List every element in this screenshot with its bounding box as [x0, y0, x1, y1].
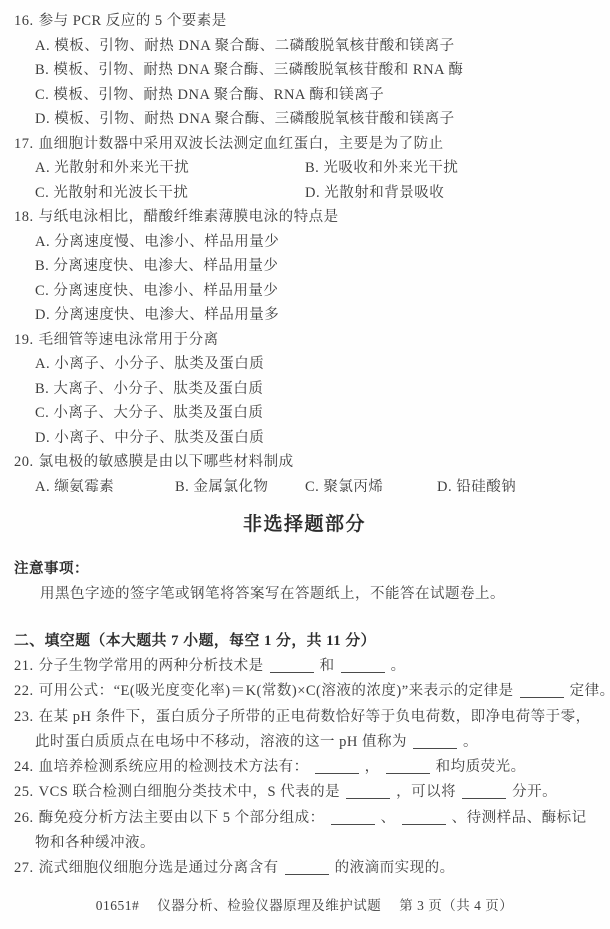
fill-blank: [520, 685, 564, 698]
question-17-option-d: D. 光散射和背景吸收: [305, 185, 444, 201]
notes-title: 注意事项：: [14, 557, 595, 582]
question-text: 、: [381, 810, 396, 826]
question-text: 和均质荧光。: [436, 759, 526, 775]
question-number: 18.: [14, 209, 34, 225]
fill-section: 21.分子生物学常用的两种分析技术是和。 22.可用公式：“E(吸光度变化率)＝…: [14, 654, 595, 882]
question-text: 血细胞计数器中采用双波长法测定血红蛋白，主要是为了防止: [39, 136, 444, 152]
footer-page: 第 3 页（共 4 页）: [399, 898, 513, 913]
fill-question-21: 21.分子生物学常用的两种分析技术是和。: [14, 654, 595, 679]
fill-blank: [402, 812, 446, 825]
question-17-option-b: B. 光吸收和外来光干扰: [305, 160, 458, 176]
question-text: ，可以将: [396, 784, 456, 800]
fill-question-24: 24.血培养检测系统应用的检测技术方法有：，和均质荧光。: [14, 755, 595, 780]
question-20-option-c: C. 聚氯丙烯: [305, 475, 437, 500]
question-18-option-b: B. 分离速度快、电渗大、样品用量少: [14, 254, 595, 279]
question-text: 。: [391, 658, 406, 674]
question-text: 毛细管等速电泳常用于分离: [39, 332, 219, 348]
fill-blank: [346, 786, 390, 799]
fill-question-25: 25.VCS 联合检测白细胞分类技术中，S 代表的是，可以将分开。: [14, 780, 595, 805]
question-text: 与纸电泳相比，醋酸纤维素薄膜电泳的特点是: [39, 209, 339, 225]
question-19-stem: 19.毛细管等速电泳常用于分离: [14, 328, 595, 353]
question-16-option-b: B. 模板、引物、耐热 DNA 聚合酶、三磷酸脱氧核苷酸和 RNA 酶: [14, 58, 595, 83]
question-text: 定律。: [570, 683, 610, 699]
question-19-option-c: C. 小离子、大分子、肽类及蛋白质: [14, 401, 595, 426]
fill-blank: [270, 660, 314, 673]
question-text: 在某 pH 条件下，蛋白质分子所带的正电荷数恰好等于负电荷数，即净电荷等于零，此…: [35, 709, 591, 750]
question-text: 可用公式：“E(吸光度变化率)＝K(常数)×C(溶液的浓度)”来表示的定律是: [39, 683, 514, 699]
question-number: 17.: [14, 136, 34, 152]
fill-section-heading: 二、填空题（本大题共 7 小题，每空 1 分，共 11 分）: [14, 629, 595, 654]
fill-blank: [315, 761, 359, 774]
question-text: 参与 PCR 反应的 5 个要素是: [39, 13, 227, 29]
question-18-option-d: D. 分离速度快、电渗大、样品用量多: [14, 303, 595, 328]
question-number: 21.: [14, 658, 34, 674]
question-20-option-a: A. 缬氨霉素: [35, 475, 175, 500]
question-number: 16.: [14, 13, 34, 29]
question-number: 25.: [14, 784, 34, 800]
question-18-option-a: A. 分离速度慢、电渗小、样品用量少: [14, 230, 595, 255]
question-text: 。: [463, 734, 478, 750]
mcq-section: 16.参与 PCR 反应的 5 个要素是 A. 模板、引物、耐热 DNA 聚合酶…: [14, 9, 595, 499]
page-footer: 01651#仪器分析、检验仪器原理及维护试题第 3 页（共 4 页）: [14, 896, 595, 916]
question-number: 19.: [14, 332, 34, 348]
fill-blank: [285, 862, 329, 875]
question-19-option-b: B. 大离子、小分子、肽类及蛋白质: [14, 377, 595, 402]
fill-question-27: 27.流式细胞仪细胞分选是通过分离含有的液滴而实现的。: [14, 856, 595, 881]
question-number: 26.: [14, 810, 34, 826]
question-18-stem: 18.与纸电泳相比，醋酸纤维素薄膜电泳的特点是: [14, 205, 595, 230]
question-19-option-d: D. 小离子、中分子、肽类及蛋白质: [14, 426, 595, 451]
question-number: 27.: [14, 860, 34, 876]
question-text: ，: [365, 759, 380, 775]
fill-blank: [386, 761, 430, 774]
notes-block: 注意事项： 用黑色字迹的签字笔或钢笔将答案写在答题纸上，不能答在试题卷上。: [14, 557, 595, 607]
question-17-option-a: A. 光散射和外来光干扰: [35, 156, 305, 181]
question-number: 20.: [14, 454, 34, 470]
question-text: 分子生物学常用的两种分析技术是: [39, 658, 264, 674]
exam-page: 16.参与 PCR 反应的 5 个要素是 A. 模板、引物、耐热 DNA 聚合酶…: [0, 0, 610, 929]
question-text: 氯电极的敏感膜是由以下哪些材料制成: [39, 454, 294, 470]
question-text: 酶免疫分析方法主要由以下 5 个部分组成：: [39, 810, 325, 826]
fill-blank: [341, 660, 385, 673]
question-text: 血培养检测系统应用的检测技术方法有：: [39, 759, 309, 775]
question-18-option-c: C. 分离速度快、电渗小、样品用量少: [14, 279, 595, 304]
question-19-option-a: A. 小离子、小分子、肽类及蛋白质: [14, 352, 595, 377]
footer-code: 01651#: [96, 898, 140, 913]
fill-blank: [331, 812, 375, 825]
question-16-option-a: A. 模板、引物、耐热 DNA 聚合酶、二磷酸脱氧核苷酸和镁离子: [14, 34, 595, 59]
question-16-option-d: D. 模板、引物、耐热 DNA 聚合酶、三磷酸脱氧核苷酸和镁离子: [14, 107, 595, 132]
question-17-stem: 17.血细胞计数器中采用双波长法测定血红蛋白，主要是为了防止: [14, 132, 595, 157]
fill-blank: [462, 786, 506, 799]
fill-question-22: 22.可用公式：“E(吸光度变化率)＝K(常数)×C(溶液的浓度)”来表示的定律…: [14, 679, 595, 704]
fill-blank: [413, 736, 457, 749]
question-text: 的液滴而实现的。: [335, 860, 455, 876]
question-20-option-d: D. 铅硅酸钠: [437, 475, 516, 500]
question-20-options-row: A. 缬氨霉素B. 金属氯化物C. 聚氯丙烯D. 铅硅酸钠: [14, 475, 595, 500]
question-17-option-c: C. 光散射和光波长干扰: [35, 181, 305, 206]
notes-text: 用黑色字迹的签字笔或钢笔将答案写在答题纸上，不能答在试题卷上。: [14, 582, 595, 607]
question-text: 流式细胞仪细胞分选是通过分离含有: [39, 860, 279, 876]
fill-question-23: 23.在某 pH 条件下，蛋白质分子所带的正电荷数恰好等于负电荷数，即净电荷等于…: [14, 705, 595, 756]
question-number: 22.: [14, 683, 34, 699]
section-heading: 非选择题部分: [14, 511, 595, 539]
question-text: 和: [320, 658, 335, 674]
question-20-stem: 20.氯电极的敏感膜是由以下哪些材料制成: [14, 450, 595, 475]
question-text: VCS 联合检测白细胞分类技术中，S 代表的是: [39, 784, 341, 800]
fill-question-26: 26.酶免疫分析方法主要由以下 5 个部分组成：、、待测样品、酶标记物和各种缓冲…: [14, 806, 595, 857]
question-16-stem: 16.参与 PCR 反应的 5 个要素是: [14, 9, 595, 34]
footer-title: 仪器分析、检验仪器原理及维护试题: [157, 898, 381, 913]
question-number: 23.: [14, 709, 34, 725]
question-20-option-b: B. 金属氯化物: [175, 475, 305, 500]
question-text: 分开。: [512, 784, 557, 800]
question-17-options-row-2: C. 光散射和光波长干扰D. 光散射和背景吸收: [14, 181, 595, 206]
question-17-options-row-1: A. 光散射和外来光干扰B. 光吸收和外来光干扰: [14, 156, 595, 181]
question-number: 24.: [14, 759, 34, 775]
question-16-option-c: C. 模板、引物、耐热 DNA 聚合酶、RNA 酶和镁离子: [14, 83, 595, 108]
